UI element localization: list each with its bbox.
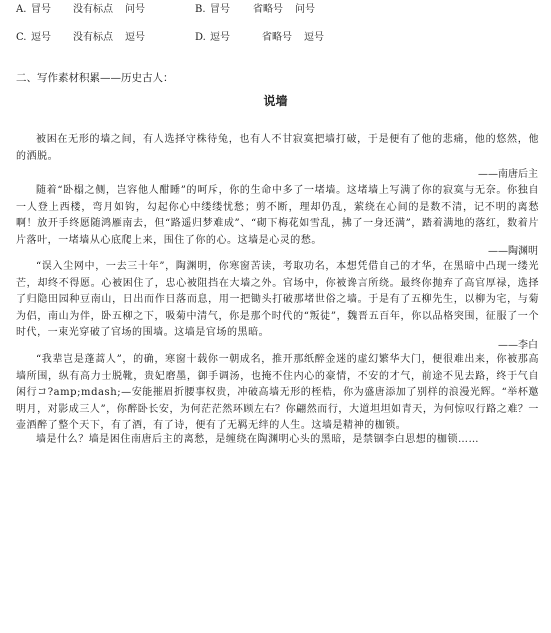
attribution-libai: ——李白 xyxy=(498,339,538,353)
paragraph-taoyuanming: “误入尘网中，一去三十年”，陶渊明，你寒窗苦读，考取功名，本想凭借自己的才华，在… xyxy=(16,259,539,342)
option-a-letter: A. xyxy=(16,3,26,17)
option-row-ab: A. 冒号 没有标点 问号 B. 冒号 省略号 问号 xyxy=(16,3,536,17)
essay-title: 说墙 xyxy=(0,93,551,109)
option-c-first: 逗号 xyxy=(31,31,51,45)
option-d-second: 省略号 xyxy=(262,31,292,45)
option-b-third: 问号 xyxy=(295,3,315,17)
option-c-third: 逗号 xyxy=(125,31,145,45)
section-heading: 二、写作素材积累——历史古人： xyxy=(16,71,174,85)
paragraph-libai: “我辈岂是蓬蒿人”，的确，寒窗十载你一朝成名，推开那纸醉金迷的虚幻繁华大门，便很… xyxy=(16,352,539,435)
option-b-letter: B. xyxy=(195,3,206,17)
attribution-taoyuanming: ——陶渊明 xyxy=(488,245,538,259)
paragraph-nantang: 随着“卧榻之侧，岂容他人酣睡”的呵斥，你的生命中多了一堵墙。这堵墙上写满了你的寂… xyxy=(16,183,539,249)
attribution-nantang: ——南唐后主 xyxy=(478,168,538,182)
option-d-letter: D. xyxy=(195,31,206,45)
option-b-first: 冒号 xyxy=(210,3,230,17)
option-b-second: 省略号 xyxy=(253,3,283,17)
option-c-letter: C. xyxy=(16,31,26,45)
option-a-first: 冒号 xyxy=(31,3,51,17)
option-d-first: 逗号 xyxy=(210,31,230,45)
paragraph-intro: 被困在无形的墙之间，有人选择守株待兔，也有人不甘寂寞把墙打破，于是便有了他的悲痛… xyxy=(16,132,539,165)
option-a-second: 没有标点 xyxy=(73,3,113,17)
option-c-second: 没有标点 xyxy=(73,31,113,45)
option-row-cd: C. 逗号 没有标点 逗号 D. 逗号 省略号 逗号 xyxy=(16,31,536,45)
option-d-third: 逗号 xyxy=(304,31,324,45)
option-a-third: 问号 xyxy=(125,3,145,17)
paragraph-conclusion: 墙是什么？墙是困住南唐后主的离愁，是缠绕在陶渊明心头的黑暗，是禁锢李白思想的枷锁… xyxy=(16,432,539,449)
